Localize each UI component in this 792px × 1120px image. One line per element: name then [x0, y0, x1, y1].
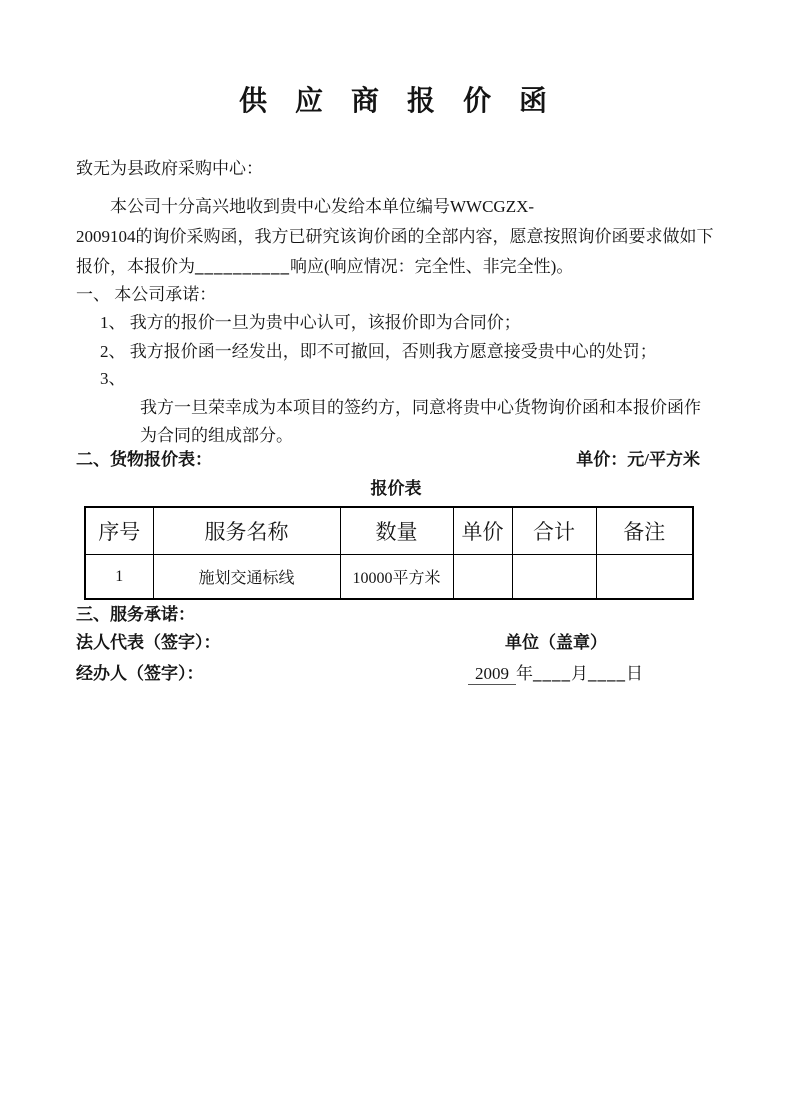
legal-rep-label: 法人代表（签字）： [76, 632, 221, 653]
quote-table-header-row: 序号 服务名称 数量 单价 合计 备注 [85, 507, 693, 555]
intro-line-3-prefix: 报价，本报价为 [76, 257, 195, 276]
date-month-blank: ____ [533, 664, 571, 683]
unit-note: 单价：元/平方米 [576, 449, 700, 470]
section1-item-1: 1、 我方的报价一旦为贵中心认可，该报价即为合同价； [100, 312, 521, 333]
cell-unit-price [453, 555, 512, 600]
intro-line-1: 本公司十分高兴地收到贵中心发给本单位编号WWCGZX- [110, 196, 534, 217]
unit-seal-label: 单位（盖章） [505, 632, 607, 653]
date-month-label: 月 [571, 664, 588, 683]
col-header-quantity: 数量 [340, 507, 453, 555]
cell-remark [596, 555, 693, 600]
section1-item-2: 2、 我方报价函一经发出，即不可撤回，否则我方愿意接受贵中心的处罚； [100, 341, 657, 362]
intro-line-3-suffix: 响应(响应情况：完全性、非完全性)。 [290, 257, 573, 276]
col-header-total: 合计 [512, 507, 596, 555]
response-blank: __________ [195, 257, 290, 276]
col-header-seq: 序号 [85, 507, 153, 555]
section3-heading: 三、服务承诺： [76, 604, 195, 625]
quote-table-data-row: 1 施划交通标线 10000平方米 [85, 555, 693, 600]
date-year: 2009 [468, 663, 516, 685]
col-header-remark: 备注 [596, 507, 693, 555]
cell-total [512, 555, 596, 600]
section1-item-3-body-line-1: 我方一旦荣幸成为本项目的签约方，同意将贵中心货物询价函和本报价函作 [140, 397, 701, 418]
quote-table: 序号 服务名称 数量 单价 合计 备注 1 施划交通标线 10000平方米 [84, 506, 694, 600]
date-line: 2009年____月____日 [468, 663, 643, 685]
date-day-blank: ____ [588, 664, 626, 683]
date-day-label: 日 [626, 664, 643, 683]
section1-item-3-body-line-2: 为合同的组成部分。 [140, 425, 293, 446]
section1-item-3: 3、 [100, 368, 126, 389]
cell-seq: 1 [85, 555, 153, 600]
intro-line-2: 2009104的询价采购函，我方已研究该询价函的全部内容，愿意按照询价函要求做如… [76, 226, 714, 247]
col-header-unit-price: 单价 [453, 507, 512, 555]
section1-heading: 一、 本公司承诺： [76, 284, 216, 305]
section2-heading: 二、货物报价表： [76, 449, 212, 470]
cell-service-name: 施划交通标线 [153, 555, 340, 600]
document-page: 供 应 商 报 价 函 致无为县政府采购中心： 本公司十分高兴地收到贵中心发给本… [0, 0, 792, 1120]
handler-label: 经办人（签字）： [76, 663, 204, 684]
document-title: 供 应 商 报 价 函 [0, 84, 792, 119]
date-year-label: 年 [516, 664, 533, 683]
quote-table-title: 报价表 [0, 478, 792, 499]
cell-quantity: 10000平方米 [340, 555, 453, 600]
col-header-service-name: 服务名称 [153, 507, 340, 555]
intro-line-3: 报价，本报价为__________响应(响应情况：完全性、非完全性)。 [76, 256, 573, 277]
salutation-line: 致无为县政府采购中心： [76, 158, 263, 179]
